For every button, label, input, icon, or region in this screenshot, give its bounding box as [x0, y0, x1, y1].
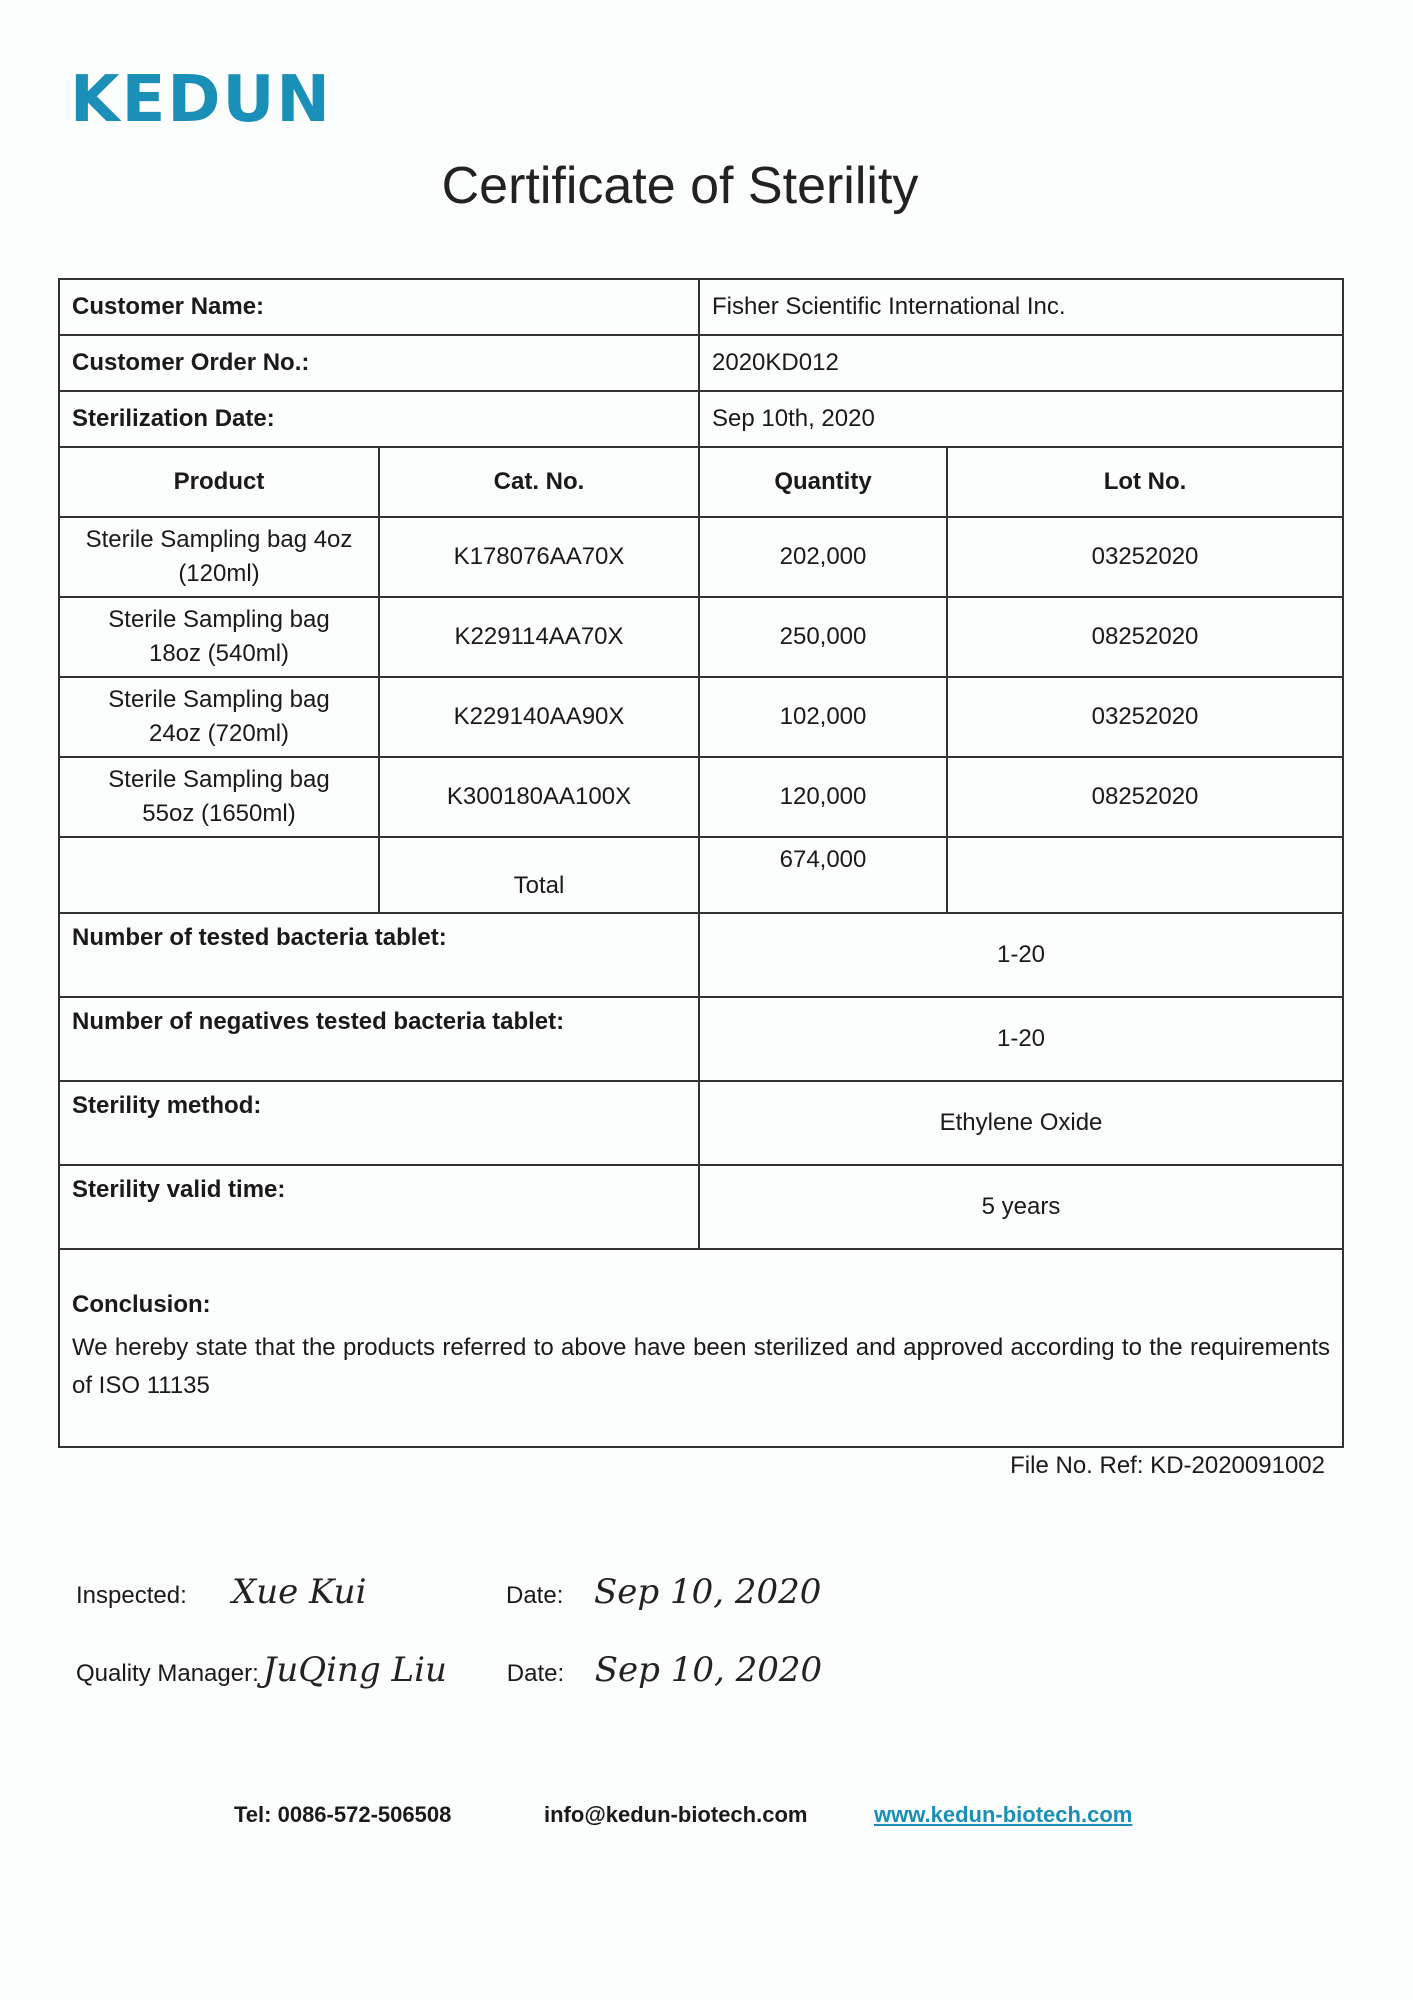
info-label: Sterility valid time:: [59, 1165, 699, 1249]
manager-signature-row: Quality Manager: JuQing Liu Date: Sep 10…: [76, 1650, 822, 1690]
product-cell: Sterile Sampling bag24oz (720ml): [59, 677, 379, 757]
quantity-cell: 202,000: [699, 517, 947, 597]
empty-cell: [59, 837, 379, 913]
manager-date-label: Date:: [507, 1660, 595, 1688]
inspected-signature: Xue Kui: [232, 1572, 506, 1612]
sterility-valid-time-row: Sterility valid time: 5 years: [59, 1165, 1343, 1249]
info-label: Number of tested bacteria tablet:: [59, 913, 699, 997]
cat-no-cell: K229140AA90X: [379, 677, 699, 757]
cat-no-cell: K300180AA100X: [379, 757, 699, 837]
product-name: Sterile Sampling bag: [108, 766, 329, 793]
tested-tablet-row: Number of tested bacteria tablet: 1-20: [59, 913, 1343, 997]
company-logo: KEDUN: [70, 68, 332, 132]
footer-website-link[interactable]: www.kedun-biotech.com: [874, 1802, 1132, 1828]
table-row: Sterile Sampling bag24oz (720ml) K229140…: [59, 677, 1343, 757]
customer-order-label: Customer Order No.:: [59, 335, 699, 391]
inspected-label: Inspected:: [76, 1582, 232, 1610]
product-size: (120ml): [178, 560, 259, 587]
customer-order-row: Customer Order No.: 2020KD012: [59, 335, 1343, 391]
cat-no-cell: K178076AA70X: [379, 517, 699, 597]
product-size: 24oz (720ml): [149, 720, 289, 747]
column-header: Lot No.: [947, 447, 1343, 517]
info-label: Sterility method:: [59, 1081, 699, 1165]
total-row: Total 674,000: [59, 837, 1343, 913]
footer-phone: Tel: 0086-572-506508: [234, 1802, 451, 1828]
product-name: Sterile Sampling bag: [108, 606, 329, 633]
column-header: Cat. No.: [379, 447, 699, 517]
sterility-method-row: Sterility method: Ethylene Oxide: [59, 1081, 1343, 1165]
conclusion-row: Conclusion: We hereby state that the pro…: [59, 1249, 1343, 1447]
product-cell: Sterile Sampling bag55oz (1650ml): [59, 757, 379, 837]
quantity-cell: 250,000: [699, 597, 947, 677]
lot-no-cell: 08252020: [947, 757, 1343, 837]
sterilization-date-row: Sterilization Date: Sep 10th, 2020: [59, 391, 1343, 447]
info-label: Number of negatives tested bacteria tabl…: [59, 997, 699, 1081]
page-title: Certificate of Sterility: [0, 156, 1360, 216]
table-row: Sterile Sampling bag 4oz(120ml) K178076A…: [59, 517, 1343, 597]
product-size: 55oz (1650ml): [142, 800, 295, 827]
lot-no-cell: 08252020: [947, 597, 1343, 677]
product-cell: Sterile Sampling bag18oz (540ml): [59, 597, 379, 677]
info-value: 1-20: [699, 997, 1343, 1081]
conclusion-text: We hereby state that the products referr…: [72, 1329, 1330, 1406]
inspected-signature-row: Inspected: Xue Kui Date: Sep 10, 2020: [76, 1572, 821, 1612]
info-value: Ethylene Oxide: [699, 1081, 1343, 1165]
inspected-date: Sep 10, 2020: [594, 1572, 821, 1612]
certificate-table: Customer Name: Fisher Scientific Interna…: [58, 278, 1344, 1448]
sterilization-date-value: Sep 10th, 2020: [699, 391, 1343, 447]
conclusion-cell: Conclusion: We hereby state that the pro…: [59, 1249, 1343, 1447]
column-header: Quantity: [699, 447, 947, 517]
product-size: 18oz (540ml): [149, 640, 289, 667]
total-quantity: 674,000: [699, 837, 947, 913]
empty-cell: [947, 837, 1343, 913]
sterilization-date-label: Sterilization Date:: [59, 391, 699, 447]
customer-name-value: Fisher Scientific International Inc.: [699, 279, 1343, 335]
inspected-date-label: Date:: [506, 1582, 594, 1610]
quantity-cell: 102,000: [699, 677, 947, 757]
products-header-row: Product Cat. No. Quantity Lot No.: [59, 447, 1343, 517]
customer-order-value: 2020KD012: [699, 335, 1343, 391]
cat-no-cell: K229114AA70X: [379, 597, 699, 677]
manager-date: Sep 10, 2020: [595, 1650, 822, 1690]
footer-email[interactable]: info@kedun-biotech.com: [544, 1802, 807, 1828]
total-label: Total: [379, 837, 699, 913]
negatives-tablet-row: Number of negatives tested bacteria tabl…: [59, 997, 1343, 1081]
conclusion-heading: Conclusion:: [72, 1291, 1330, 1319]
product-cell: Sterile Sampling bag 4oz(120ml): [59, 517, 379, 597]
product-name: Sterile Sampling bag: [108, 686, 329, 713]
product-name: Sterile Sampling bag 4oz: [86, 526, 353, 553]
lot-no-cell: 03252020: [947, 517, 1343, 597]
info-value: 1-20: [699, 913, 1343, 997]
customer-name-label: Customer Name:: [59, 279, 699, 335]
info-value: 5 years: [699, 1165, 1343, 1249]
customer-name-row: Customer Name: Fisher Scientific Interna…: [59, 279, 1343, 335]
manager-label: Quality Manager:: [76, 1660, 259, 1688]
manager-signature: JuQing Liu: [263, 1650, 507, 1690]
file-reference: File No. Ref: KD-2020091002: [1010, 1452, 1325, 1480]
table-row: Sterile Sampling bag55oz (1650ml) K30018…: [59, 757, 1343, 837]
table-row: Sterile Sampling bag18oz (540ml) K229114…: [59, 597, 1343, 677]
quantity-cell: 120,000: [699, 757, 947, 837]
column-header: Product: [59, 447, 379, 517]
lot-no-cell: 03252020: [947, 677, 1343, 757]
